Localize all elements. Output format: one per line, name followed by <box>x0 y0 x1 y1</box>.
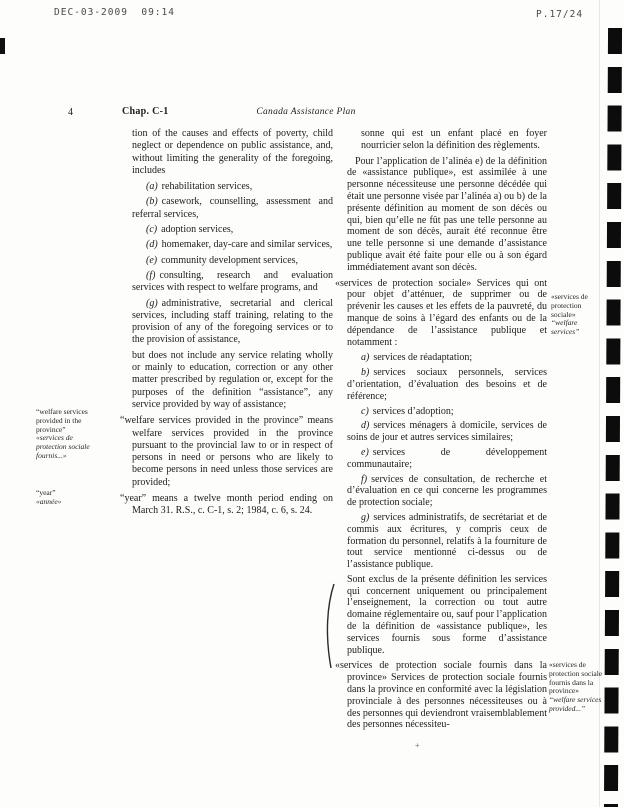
list-item-marker: (f) <box>146 270 155 281</box>
list-item-fr-b: b)services sociaux personnels, services … <box>347 367 547 402</box>
definition-welfare-services: “welfare services provided in the provin… <box>132 415 333 489</box>
margin-note-french: «services de protection sociale fournis.… <box>36 434 96 460</box>
scan-edge-mark <box>0 38 5 54</box>
list-item-marker: g) <box>361 512 369 523</box>
list-item-marker: f) <box>361 474 367 485</box>
list-item-text: rehabilitation services, <box>162 181 253 192</box>
page-number: 4 <box>68 107 73 118</box>
list-item-fr-c: c)services d’adoption; <box>347 406 547 418</box>
list-item-fr-d: d)services ménagers à domicile, services… <box>347 420 547 444</box>
french-column: sonne qui est un enfant placé en foyer n… <box>335 128 547 735</box>
list-item-text: adoption services, <box>161 224 233 235</box>
list-item-marker: d) <box>361 420 369 431</box>
margin-note-french: «services de protection sociale fournis … <box>549 661 607 696</box>
list-item-marker: b) <box>361 367 369 378</box>
list-item-text: services sociaux personnels, services d’… <box>347 367 547 402</box>
closing-paragraph: but does not include any service relatin… <box>132 350 333 411</box>
list-item-c: (c)adoption services, <box>132 224 333 236</box>
margin-note-year: “year” «année» <box>36 489 96 507</box>
fax-timestamp: DEC-03-2009 09:14 <box>54 7 175 18</box>
margin-note-welfare-services: “welfare services provided in the provin… <box>36 408 96 461</box>
list-item-marker: (c) <box>146 224 157 235</box>
list-item-marker: (b) <box>146 196 158 207</box>
list-item-text: administrative, secretarial and clerical… <box>132 298 333 346</box>
margin-note-services-fournis: «services de protection sociale fournis … <box>549 661 607 714</box>
list-item-text: services administratifs, de secrétariat … <box>347 512 547 570</box>
list-item-text: community development services, <box>161 255 298 266</box>
margin-note-services-protection: «services de protection sociale» “welfar… <box>551 293 605 337</box>
list-item-text: services d’adoption; <box>373 406 454 417</box>
intro-paragraph: tion of the causes and effects of povert… <box>132 128 333 177</box>
list-item-marker: e) <box>361 447 369 458</box>
list-item-text: services de consultation, de recherche e… <box>347 474 547 509</box>
list-item-fr-g: g)services administratifs, de secrétaria… <box>347 512 547 571</box>
list-item-marker: (g) <box>146 298 158 309</box>
english-column: tion of the causes and effects of povert… <box>120 128 333 522</box>
list-item-fr-a: a)services de réadaptation; <box>347 352 547 364</box>
margin-note-french: «services de protection sociale» <box>551 293 605 319</box>
paragraph-pour-application: Pour l’application de l’alinéa e) de la … <box>347 156 547 274</box>
list-item-text: services de développement communautaire; <box>347 447 547 470</box>
amendment-bracket-mark <box>324 583 336 669</box>
list-item-text: casework, counselling, assessment and re… <box>132 196 333 219</box>
fax-page-indicator: P.17/24 <box>536 9 583 20</box>
margin-note-english: “welfare services” <box>551 319 605 337</box>
list-item-e: (e)community development services, <box>132 255 333 267</box>
list-item-marker: c) <box>361 406 369 417</box>
list-item-marker: (d) <box>146 239 158 250</box>
continuation-paragraph: sonne qui est un enfant placé en foyer n… <box>361 128 547 152</box>
list-item-text: services de réadaptation; <box>373 352 472 363</box>
list-item-g: (g)administrative, secretarial and cleri… <box>132 298 333 347</box>
list-item-marker: (e) <box>146 255 157 266</box>
definition-services-fournis: «services de protection sociale fournis … <box>347 660 547 731</box>
margin-note-english: “welfare services provided in the provin… <box>36 408 96 434</box>
scan-plus-artifact: + <box>415 741 420 750</box>
chapter-label: Chap. C-1 <box>122 106 169 117</box>
list-item-d: (d)homemaker, day-care and similar servi… <box>132 239 333 251</box>
margin-note-english: “welfare services provided...” <box>549 696 607 714</box>
document-title: Canada Assistance Plan <box>206 107 406 117</box>
list-item-text: consulting, research and evaluation serv… <box>132 270 333 293</box>
list-item-f: (f)consulting, research and evaluation s… <box>132 270 333 295</box>
list-item-fr-f: f)services de consultation, de recherche… <box>347 474 547 509</box>
list-item-fr-e: e)services de développement communautair… <box>347 447 547 471</box>
list-item-a: (a)rehabilitation services, <box>132 181 333 193</box>
definition-year: “year” means a twelve month period endin… <box>132 493 333 518</box>
list-item-text: homemaker, day-care and similar services… <box>162 239 333 250</box>
list-item-marker: (a) <box>146 181 158 192</box>
margin-note-french: «année» <box>36 498 96 507</box>
list-item-text: services ménagers à domicile, services d… <box>347 420 547 443</box>
list-item-b: (b)casework, counselling, assessment and… <box>132 196 333 221</box>
list-item-marker: a) <box>361 352 369 363</box>
paragraph-exclusion: Sont exclus de la présente définition le… <box>347 574 547 657</box>
definition-services-protection: «services de protection sociale» Service… <box>347 278 547 349</box>
